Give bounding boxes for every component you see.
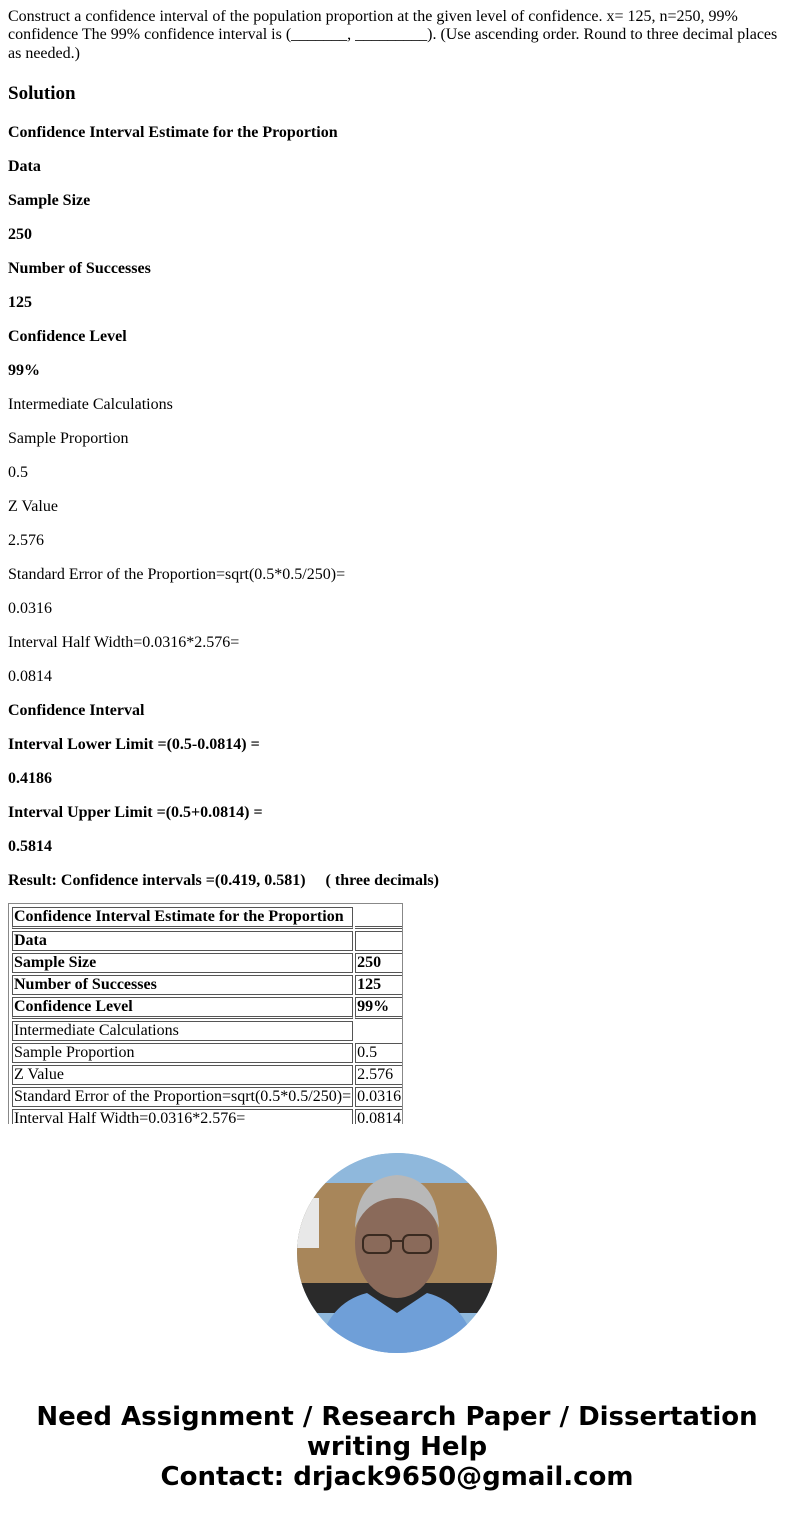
document-body: Construct a confidence interval of the p… bbox=[8, 0, 786, 890]
table-row: Z Value2.576 bbox=[12, 1065, 403, 1085]
table-row: Sample Size250 bbox=[12, 953, 403, 973]
table-cell-label: Standard Error of the Proportion=sqrt(0.… bbox=[12, 1087, 353, 1107]
table-row: Confidence Level99% bbox=[12, 997, 403, 1019]
promo-line-2: writing Help bbox=[0, 1432, 794, 1462]
solution-step: Confidence Interval bbox=[8, 702, 786, 720]
question-text: Construct a confidence interval of the p… bbox=[8, 8, 786, 63]
solution-step: Z Value bbox=[8, 498, 786, 516]
result-text: Result: Confidence intervals =(0.419, 0.… bbox=[8, 872, 786, 890]
solution-step: Interval Upper Limit =(0.5+0.0814) = bbox=[8, 804, 786, 822]
table-cell-value: 0.5 bbox=[355, 1043, 403, 1063]
solution-step: Sample Proportion bbox=[8, 430, 786, 448]
tutor-avatar bbox=[297, 1153, 497, 1353]
solution-step: Interval Lower Limit =(0.5-0.0814) = bbox=[8, 736, 786, 754]
table-cell-label: Confidence Level bbox=[12, 997, 353, 1019]
table-cell-value bbox=[355, 907, 403, 929]
table-row: Interval Half Width=0.0316*2.576=0.0814 bbox=[12, 1109, 403, 1124]
calculation-table: Confidence Interval Estimate for the Pro… bbox=[10, 905, 403, 1124]
solution-step: 0.0814 bbox=[8, 668, 786, 686]
promo-footer: Need Assignment / Research Paper / Disse… bbox=[0, 1402, 794, 1492]
solution-step: Data bbox=[8, 158, 786, 176]
calculation-table-frame: Confidence Interval Estimate for the Pro… bbox=[8, 903, 403, 1124]
table-cell-value: 125 bbox=[355, 975, 403, 995]
table-cell-label: Interval Half Width=0.0316*2.576= bbox=[12, 1109, 353, 1124]
table-cell-value: 0.0814 bbox=[355, 1109, 403, 1124]
table-cell-value: 250 bbox=[355, 953, 403, 973]
solution-steps: Confidence Interval Estimate for the Pro… bbox=[8, 124, 786, 856]
solution-step: 2.576 bbox=[8, 532, 786, 550]
solution-step: 0.5 bbox=[8, 464, 786, 482]
solution-step: Intermediate Calculations bbox=[8, 396, 786, 414]
table-cell-label: Data bbox=[12, 931, 353, 951]
solution-step: 125 bbox=[8, 294, 786, 312]
solution-step: Sample Size bbox=[8, 192, 786, 210]
table-row: Sample Proportion0.5 bbox=[12, 1043, 403, 1063]
table-row: Data bbox=[12, 931, 403, 951]
table-cell-value bbox=[355, 931, 403, 951]
solution-step: 99% bbox=[8, 362, 786, 380]
solution-step: Number of Successes bbox=[8, 260, 786, 278]
table-cell-label: Number of Successes bbox=[12, 975, 353, 995]
solution-step: Confidence Interval Estimate for the Pro… bbox=[8, 124, 786, 142]
table-row: Confidence Interval Estimate for the Pro… bbox=[12, 907, 403, 929]
table-cell-value bbox=[355, 1021, 403, 1041]
table-row: Intermediate Calculations bbox=[12, 1021, 403, 1041]
table-cell-label: Intermediate Calculations bbox=[12, 1021, 353, 1041]
table-cell-label: Confidence Interval Estimate for the Pro… bbox=[12, 907, 353, 929]
contact-email: Contact: drjack9650@gmail.com bbox=[0, 1462, 794, 1492]
table-cell-value: 99% bbox=[355, 997, 403, 1019]
solution-step: 0.5814 bbox=[8, 838, 786, 856]
table-cell-value: 2.576 bbox=[355, 1065, 403, 1085]
tutor-photo-icon bbox=[297, 1153, 497, 1353]
solution-step: 0.4186 bbox=[8, 770, 786, 788]
solution-step: Interval Half Width=0.0316*2.576= bbox=[8, 634, 786, 652]
solution-heading: Solution bbox=[8, 83, 786, 105]
table-cell-label: Z Value bbox=[12, 1065, 353, 1085]
table-cell-value: 0.0316 bbox=[355, 1087, 403, 1107]
solution-step: Confidence Level bbox=[8, 328, 786, 346]
solution-step: Standard Error of the Proportion=sqrt(0.… bbox=[8, 566, 786, 584]
solution-step: 0.0316 bbox=[8, 600, 786, 618]
table-row: Standard Error of the Proportion=sqrt(0.… bbox=[12, 1087, 403, 1107]
promo-line-1: Need Assignment / Research Paper / Disse… bbox=[0, 1402, 794, 1432]
table-cell-label: Sample Size bbox=[12, 953, 353, 973]
table-row: Number of Successes125 bbox=[12, 975, 403, 995]
table-cell-label: Sample Proportion bbox=[12, 1043, 353, 1063]
solution-step: 250 bbox=[8, 226, 786, 244]
